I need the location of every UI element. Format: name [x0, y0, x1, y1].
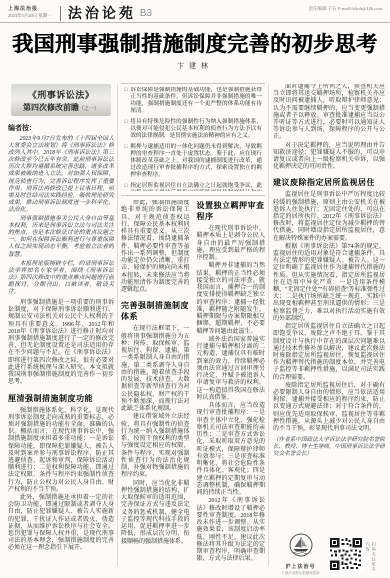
- summary-bullet-text: 指定居所监视居住自立法确立之日起就饱受争议，此次修改需正视并反思指定居所监视居住…: [130, 183, 262, 191]
- masthead: 上海法治报 2024年5月20日 星期一 法治论苑 B3 责任编辑 子石 E-m…: [8, 4, 382, 22]
- square-bullet-icon: □: [124, 183, 127, 191]
- section-title: 法治论苑: [68, 3, 136, 23]
- article-author: 卞建林: [0, 61, 390, 71]
- author-bio: （作者系中国政法大学诉讼法学研究院名誉院长、教授、博士生导师，中国刑事诉讼法学研…: [273, 437, 385, 458]
- sailboat-logo-icon: [289, 533, 313, 562]
- series-title-line2-text: 第四次修改前瞻: [23, 103, 79, 112]
- middle-columns: 由此，强制措施制度绝非单纯的诉讼保障工具，对于规范侦查权运行、保障公民基本权利同…: [121, 200, 265, 566]
- body-paragraph: 在现行法框架下，一般将刑事强制措施分为五种：拘传、取保候审、监视居住、拘留、逮捕…: [121, 326, 190, 413]
- right-column: 面对逮捕令上所列之人，侦查机关应当立即将其送交羁押场所，检察机关亦应及时讯问被逮…: [273, 84, 385, 534]
- series-title-line2: 第四次修改前瞻（之一）: [13, 102, 109, 113]
- summary-bullet: □ 指定居所监视居住自立法确立之日起就饱受争议，此次修改需正视并反思指定居所监视…: [124, 183, 262, 191]
- body-paragraph: 此外，强制措施还承担着一定的社会防卫功能，即通过限制或者剥夺人身自由，防止犯罪嫌…: [8, 495, 114, 553]
- column-divider-right: [268, 84, 269, 566]
- series-title-suffix: （之一）: [79, 107, 99, 112]
- date-line: 2024年5月20日 星期一: [8, 13, 52, 18]
- body-paragraph: 2012年《刑事诉讼法》修改时增设了羁押必要性审查制度，2018年修改未作进一步…: [197, 498, 266, 563]
- body-paragraph: 根据《刑事诉讼法》第74条的规定，监视居住的适用对象是符合逮捕条件、具有法定情形…: [273, 244, 385, 323]
- section-heading-functions: 厘清强制措施制度功能: [8, 393, 114, 404]
- body-paragraph: 在现代刑事诉讼中，羁押本质上是剥夺公民人身自由的最严厉强制措施，理应受到最严格的…: [197, 226, 266, 262]
- masthead-divider: [60, 6, 62, 21]
- body-paragraph: 同时，应当优化非羁押性强制措施的结构，扩大取保候审的适用范围，完善保证方式与违反…: [121, 481, 190, 546]
- summary-bullet: □ 羁押与逮捕适用的一体化问题仍未得到解决，导致羁押的审查程序一直处于虚置状态。…: [124, 144, 262, 179]
- summary-box: □ 诉讼保障是强制措施的基础功能，也是强制措施获得正当性的基础条件，但诉讼保障并…: [124, 87, 262, 191]
- body-paragraph: 羁押并非逮捕的当然结果，羁押的正当性必须接受独立的司法审查。就我国而言，捕押合一…: [197, 263, 266, 336]
- left-column: 《刑事诉讼法》 第四次修改前瞻（之一） 编者按： 2023年9月7日发布的《十四…: [8, 84, 114, 566]
- series-title-box: 《刑事诉讼法》 第四次修改前瞻（之一）: [11, 84, 111, 116]
- qr-caption: 扫码关注更多内容: [365, 542, 377, 576]
- editor-note-label: 编者按：: [8, 123, 114, 133]
- page-footer: 沪上法治号 上海法治报社新媒体矩阵: [273, 536, 385, 576]
- summary-bullet-text: 羁押与逮捕适用的一体化问题仍未得到解决，导致羁押的审查程序一直处于虚置状态。鉴于…: [130, 144, 262, 179]
- newspaper-page: 上海法治报 2024年5月20日 星期一 法治论苑 B3 责任编辑 子石 E-m…: [0, 0, 390, 578]
- summary-bullet-text: 将具有特殊危险性的强制性行为纳入强制措施体系，以便对可能侵犯公民基本权利的侦查行…: [130, 119, 262, 140]
- series-title-line1: 《刑事诉讼法》: [13, 88, 109, 101]
- editor-note-paragraph: 2023年9月7日发布的《十四届全国人大常委会立法规划》将《刑事诉讼法》修改列入…: [8, 136, 114, 214]
- summary-bullet-text: 诉讼保障是强制措施的基础功能，也是强制措施获得正当性的基础条件，但诉讼保障并非强…: [130, 87, 262, 115]
- editor-note-paragraph: 刑事强制措施事关公民人身自由等基本权利，历来是刑事诉讼立法与司法关注的焦点，也是…: [8, 216, 114, 259]
- media-logo-block: 沪上法治号 上海法治报社新媒体矩阵: [281, 533, 320, 576]
- body-paragraph: 面对逮捕令上所列之人，侦查机关应当立即将其送交羁押场所，检察机关亦应及时讯问被逮…: [273, 84, 385, 142]
- media-logo-subtitle: 上海法治报社新媒体矩阵: [281, 571, 320, 576]
- body-paragraph: 监视居住是刑事诉讼中严厉程度比较轻缓的强制措施，原则上由公安机关在被追诉人住处执…: [273, 192, 385, 242]
- page-number: B3: [140, 8, 152, 19]
- intro-paragraph: 刑事强制措施是一项重要的刑事诉讼制度，对于保障刑事诉讼顺利进行、规制公安司法机关…: [8, 300, 114, 386]
- editor-note-paragraph: 本报理论版特辟专栏，约请刑事诉讼法学界知名专家学者，围绕《刑事诉讼法》第四次修改…: [8, 261, 114, 296]
- body-paragraph: 指定居所监视居住自立法确立之日起即饱受争议，废除之声不绝于耳。鉴于其制度设计与执…: [273, 324, 385, 382]
- column-divider-left: [117, 84, 118, 566]
- masthead-left: 上海法治报 2024年5月20日 星期一: [8, 7, 52, 18]
- body-paragraph: 域外法治国家普遍实行逮捕与羁押相分离的二元构造，逮捕仅具有临时到案的效力，持续羁…: [197, 337, 266, 402]
- summary-bullet: □ 将具有特殊危险性的强制性行为纳入强制措施体系，以便对可能侵犯公民基本权利的侦…: [124, 119, 262, 140]
- body-paragraph: 由此，强制措施制度绝非单纯的诉讼保障工具，对于规范侦查权运行、保障公民基本权利同…: [121, 200, 190, 294]
- square-bullet-icon: □: [124, 87, 127, 115]
- square-bullet-icon: □: [124, 144, 127, 179]
- summary-bullet: □ 诉讼保障是强制措施的基础功能，也是强制措施获得正当性的基础条件，但诉讼保障并…: [124, 87, 262, 115]
- summary-top-rule: [121, 83, 265, 84]
- body-paragraph: 废除指定居所监视居住后，对于确有必要限制人身自由的情形，应当依法适用拘留、逮捕并…: [273, 383, 385, 433]
- section-heading-system: 完善强制措施制度体系: [121, 300, 190, 322]
- media-logo-name: 沪上法治号: [285, 563, 315, 570]
- body-paragraph: 强制措施体系化、科学化，是现代刑事诉讼制度走向成熟的重要标志，必须对强制措施的功…: [8, 408, 114, 494]
- body-paragraph: 对于决定羁押的，应当说明理由并告知救济途径；犯罪嫌疑人不服的，可以申请复议或者向…: [273, 143, 385, 172]
- section-heading-review: 设置独立羁押审查程序: [197, 200, 266, 222]
- header-rule: [0, 22, 390, 23]
- qr-code-icon: [329, 537, 363, 576]
- square-bullet-icon: □: [124, 119, 127, 140]
- article-headline: 我国刑事强制措施制度完善的初步思考: [4, 28, 386, 58]
- editor-contact-line: 责任编辑 子石 E-mail:fzlysh@126.com: [308, 6, 382, 12]
- body-paragraph: 建议借鉴域外立法经验，将具有强制性的侦查行为统一纳入强制措施体系，按照干预权利的…: [121, 414, 190, 479]
- summary-bottom-rule: [121, 195, 265, 196]
- body-paragraph: 具体而言，应当改造现行审查批捕程序：一是审查主体中立化，强化检察机关司法审查职能…: [197, 403, 266, 497]
- section-heading-abolish: 建议废除指定居所监视居住: [273, 177, 385, 188]
- qr-block: 扫码关注更多内容: [329, 537, 377, 576]
